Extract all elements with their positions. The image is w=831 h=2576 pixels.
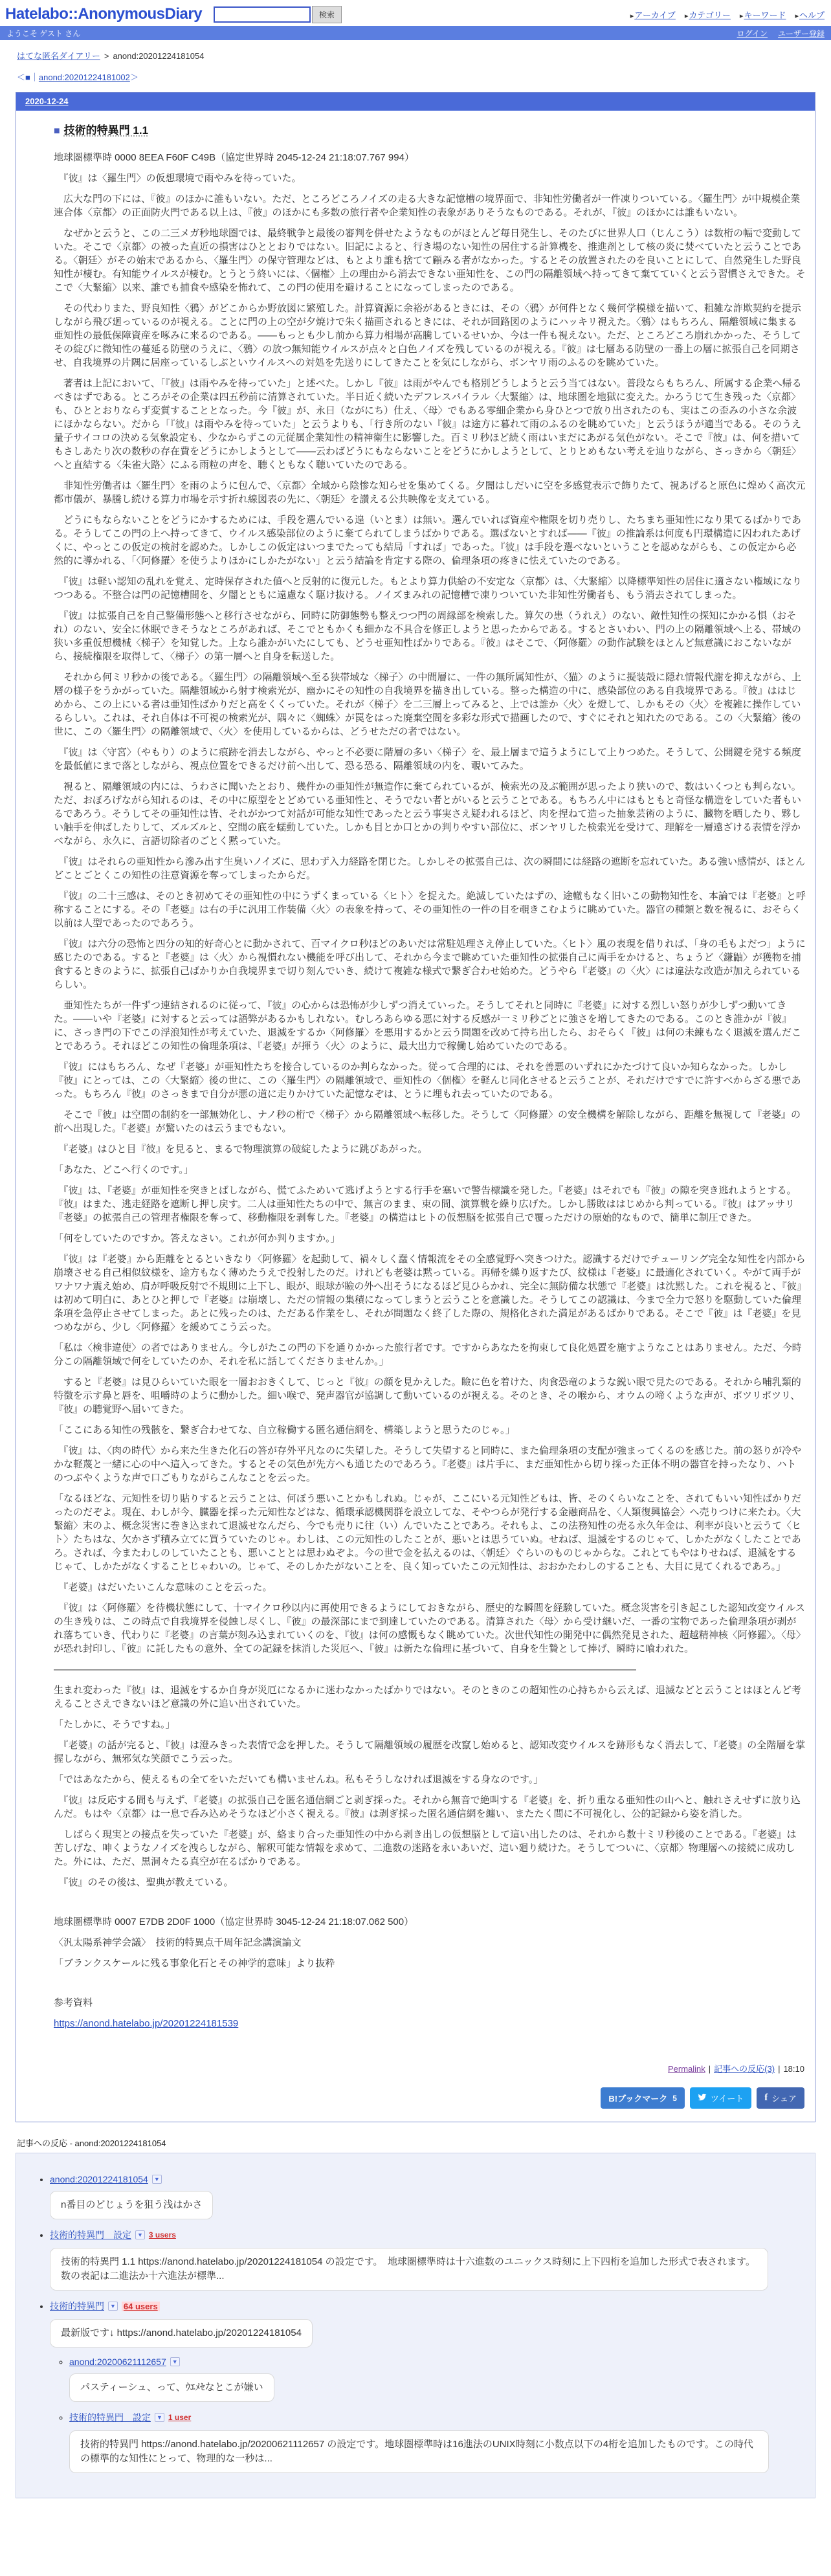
reaction-quote-bubble: パスティーシュ、って、ｳｴﾒｾなとこが嫌い (69, 2373, 274, 2402)
entry-paragraph: 「何をしていたのですか。答えなさい。これが何か判りますか。」 (54, 1232, 806, 1245)
site-header: Hatelabo::AnonymousDiary 検索 ▸アーカイブ▸カテゴリー… (0, 0, 831, 26)
prev-entry-nav: ＜■｜anond:20201224181002＞ (0, 63, 831, 89)
entry-title: ■技術的特異門 1.1 (16, 111, 815, 140)
entry-paragraph: 『彼』のその後は、聖典が教えている。 (54, 1876, 806, 1889)
reaction-quote-bubble: 最新版です↓ https://anond.hatelabo.jp/2020122… (50, 2319, 313, 2348)
reactions-heading: 記事への反応 - anond:20201224181054 (17, 2137, 831, 2149)
entry-paragraph: 『老婆』はだいたいこんな意味のことを云った。 (54, 1581, 806, 1594)
entry-paragraph: 『彼』は〈阿修羅〉を待機状態にして、十マイクロ秒以内に再使用できるようにしておき… (54, 1601, 806, 1656)
breadcrumb-separator: > (104, 51, 109, 61)
hatena-bookmark-count: 5 (672, 2094, 677, 2103)
facebook-share-label: シェア (771, 2092, 797, 2104)
entry-paragraph: 『彼』は拡張自己を自己整備形態へと移行させながら、同時に防御態勢も整えつつ門の周… (54, 609, 806, 663)
entry-paragraph: 『老婆』はひと目『彼』を見ると、まるで物理演算の破綻したように跳びあがった。 (54, 1142, 806, 1156)
top-nav-link[interactable]: ヘルプ (799, 10, 825, 20)
entry-footer: Permalink|記事への反応(3)|18:10 (16, 2044, 815, 2078)
entry-paragraph: 『彼』は軽い認知の乱れを覚え、定時保存された値へと反射的に復元した。もとより算力… (54, 575, 806, 602)
entry-paragraph: 地球圏標準時 0007 E7DB 2D0F 1000（協定世界時 3045-12… (54, 1915, 806, 1929)
entry-paragraph: 「たしかに、そうですね。」 (54, 1718, 806, 1731)
bookmark-users-link[interactable]: 1 user (168, 2413, 191, 2422)
search-button[interactable]: 検索 (312, 6, 342, 23)
reactions-list: anond:20201224181054▼n番目のどじょうを狙う浅はかさ技術的特… (33, 2174, 798, 2473)
dropdown-icon[interactable]: ▼ (135, 2230, 145, 2239)
bookmark-users-link[interactable]: 64 users (122, 2302, 160, 2311)
reaction-quote-bubble: 技術的特異門 1.1 https://anond.hatelabo.jp/202… (50, 2248, 768, 2291)
reaction-entry-link[interactable]: 技術的特異門 (50, 2300, 104, 2313)
entry-paragraph: 「あなた、どこへ行くのです。」 (54, 1163, 806, 1177)
dropdown-icon[interactable]: ▼ (155, 2413, 164, 2422)
hatena-bookmark-button[interactable]: B!ブックマーク5 (601, 2087, 685, 2109)
facebook-share-button[interactable]: fシェア (757, 2087, 804, 2109)
top-nav-link[interactable]: アーカイブ (634, 10, 676, 20)
login-link[interactable]: ログイン (737, 28, 768, 39)
entry-paragraph: 『彼』の二十三感は、そのとき初めてその亜知性の中にうずくまっている〈ヒト〉を捉え… (54, 889, 806, 930)
square-bullet-icon: ■ (25, 72, 30, 82)
hatena-bookmark-label: B!ブックマーク (608, 2092, 667, 2104)
entry-paragraph: 『彼』は六分の恐怖と四分の知的好奇心とに動かされて、百マイクロ秒ほどのあいだは常… (54, 937, 806, 992)
facebook-f-icon: f (764, 2093, 768, 2104)
entry-paragraph: そこで『彼』は空間の制約を一部無効化し、ナノ秒の桁で〈梯子〉から隔離領域へ転移し… (54, 1108, 806, 1135)
entry-paragraph: しばらく現実との接点を失っていた『老婆』が、絡まり合った亜知性の中から剥き出しの… (54, 1828, 806, 1869)
entry-paragraph: 『老婆』の話が完ると、『彼』は澄みきった表情で念を押した。そうして隔離領域の履歴… (54, 1738, 806, 1766)
tweet-label: ツイート (711, 2092, 744, 2104)
entry-paragraph: 地球圏標準時 0000 8EEA F60F C49B（協定世界時 2045-12… (54, 151, 806, 164)
entry-paragraph: それから何ミリ秒かの後である。〈羅生門〉の隔離領域へ至る狭帯域な〈梯子〉の中間層… (54, 671, 806, 738)
entry-paragraph: 「ブランクスケールに残る事象化石とその神学的意味」より抜粋 (54, 1957, 806, 1970)
twitter-bird-icon (698, 2093, 707, 2104)
entry-body: 地球圏標準時 0000 8EEA F60F C49B（協定世界時 2045-12… (16, 140, 815, 2044)
entry-paragraph: 著者は上記において、「『彼』は雨やみを待っていた」と述べた。しかし『彼』は雨がや… (54, 377, 806, 472)
entry-paragraph: 『彼』は、『老婆』が亜知性を突きとばしながら、慌てふためいて逃げようとする行手を… (54, 1184, 806, 1225)
breadcrumb-current: anond:20201224181054 (113, 51, 204, 61)
entry-paragraph: 『彼』はそれらの亜知性から滲み出す生臭いノイズに、思わず入力経路を閉じた。しかし… (54, 855, 806, 882)
entry-paragraph: 『彼』は反応する間も与えず、『老婆』の拡張自己を匿名通信網ごと剥ぎ採った。それか… (54, 1793, 806, 1821)
angle-open-icon: ＜ (17, 72, 25, 82)
entry-paragraph: https://anond.hatelabo.jp/20201224181539 (54, 2017, 806, 2030)
nav-arrow-icon: ▸ (685, 12, 689, 20)
entry-paragraph: 非知性労働者は〈羅生門〉を雨のように包んで、〈京都〉全域から陰惨な知らせを集めて… (54, 479, 806, 506)
dropdown-icon[interactable]: ▼ (108, 2302, 118, 2311)
welcome-bar: ようこそ ゲスト さん ログイン ユーザー登録 (0, 26, 831, 40)
entry-paragraph: 視ると、隔離領域の内には、うわさに聞いたとおり、幾件かの亜知性が無造作に棄てられ… (54, 780, 806, 848)
reaction-quote-bubble: n番目のどじょうを狙う浅はかさ (50, 2191, 213, 2219)
reactions-list: anond:20200621112657▼パスティーシュ、って、ｳｴﾒｾなとこが… (50, 2357, 798, 2473)
reactions-count-link[interactable]: 記事への反応(3) (714, 2064, 775, 2074)
reaction-item: anond:20201224181054▼n番目のどじょうを狙う浅はかさ (50, 2174, 798, 2219)
entry-paragraph: 広大な門の下には、『彼』のほかに誰もいない。ただ、ところどころノイズの走る大きな… (54, 192, 806, 219)
entry-paragraph: 「ここにある知性の残骸を、繋ぎ合わせてな、自立稼働する匿名通信網を、構築しようと… (54, 1423, 806, 1437)
entry-paragraph: その代わりまた、野良知性〈鴉〉がどこからか野放図に繁殖した。計算資源に余裕がある… (54, 302, 806, 370)
reactions-box: anond:20201224181054▼n番目のどじょうを狙う浅はかさ技術的特… (16, 2153, 815, 2498)
site-logo[interactable]: Hatelabo::AnonymousDiary (5, 5, 202, 23)
title-square-icon: ■ (54, 126, 60, 137)
permalink-link[interactable]: Permalink (668, 2064, 705, 2074)
entry-paragraph: どうにもならないことをどうにかするためには、手段を選んでいる遑（いとま）は無い。… (54, 513, 806, 568)
breadcrumb-site-link[interactable]: はてな匿名ダイアリー (17, 51, 100, 61)
entry-paragraph: 『彼』にはもちろん、なぜ『老婆』が亜知性たちを接合しているのか判らなかった。従っ… (54, 1060, 806, 1101)
top-nav-link[interactable]: カテゴリー (689, 10, 730, 20)
entry-paragraph: なぜかと云うと、この二三メガ秒地球圏では、最終戦争と最後の審判を併せたようなもの… (54, 227, 806, 294)
dropdown-icon[interactable]: ▼ (152, 2175, 162, 2184)
reaction-quote-bubble: 技術的特異門 https://anond.hatelabo.jp/2020062… (69, 2430, 769, 2473)
entry-paragraph: すると『老婆』は見ひらいていた眼を一層おおきくして、じっと『彼』の顔を見かえした… (54, 1375, 806, 1416)
entry-paragraph: 『彼』は〈羅生門〉の仮想環境で雨やみを待っていた。 (54, 172, 806, 185)
entry-paragraph: 『彼』は〈守宮〉（やもり）のように痕跡を消去しながら、やっと不必要に階層の多い〈… (54, 746, 806, 773)
entry-title-text[interactable]: 技術的特異門 1.1 (64, 124, 148, 137)
reaction-entry-link[interactable]: anond:20201224181054 (50, 2174, 148, 2184)
entry-paragraph: 『彼』は『老婆』から距離をとるといきなり〈阿修羅〉を起動して、禍々しく蠢く情報流… (54, 1252, 806, 1334)
nav-arrow-icon: ▸ (740, 12, 744, 20)
register-link[interactable]: ユーザー登録 (778, 28, 825, 39)
share-row: B!ブックマーク5 ツイート fシェア (16, 2078, 815, 2122)
entry-date-link[interactable]: 2020-12-24 (25, 96, 69, 106)
top-nav: ▸アーカイブ▸カテゴリー▸キーワード▸ヘルプ (630, 8, 825, 21)
entry-paragraph: 『彼』は、〈肉の時代〉から来た生きた化石の答が存外平凡なのに失望した。そうして失… (54, 1444, 806, 1485)
reaction-item: 技術的特異門▼64 users最新版です↓ https://anond.hate… (50, 2300, 798, 2473)
tweet-button[interactable]: ツイート (690, 2087, 751, 2109)
bar-separator: ｜ (30, 72, 39, 82)
top-nav-link[interactable]: キーワード (744, 10, 786, 20)
page-bottom-spacer (0, 2498, 831, 2576)
entry-time: 18:10 (783, 2064, 804, 2074)
reaction-item: 技術的特異門 設定▼1 user技術的特異門 https://anond.hat… (69, 2411, 798, 2473)
reaction-item: 技術的特異門 設定▼3 users技術的特異門 1.1 https://anon… (50, 2228, 798, 2291)
nav-arrow-icon: ▸ (795, 12, 799, 20)
prev-entry-link[interactable]: anond:20201224181002 (39, 72, 130, 82)
entry-paragraph: 「なるほどな、元知性を切り貼りすると云うことは、何ぼう悪いことかもしれぬ。じゃが… (54, 1492, 806, 1573)
bookmark-users-link[interactable]: 3 users (149, 2230, 176, 2239)
breadcrumb: はてな匿名ダイアリー>anond:20201224181054 (0, 40, 831, 63)
reaction-entry-link[interactable]: 技術的特異門 設定 (50, 2228, 131, 2241)
entry-paragraph: 生まれ変わった『彼』は、退滅をするか自身が災厄になるかに迷わなかったばかりではな… (54, 1683, 806, 1711)
welcome-text: ようこそ ゲスト さん (6, 28, 80, 39)
entry-paragraph: 参考資料 (54, 1996, 806, 2010)
entry-paragraph: 「ではあなたから、使えるもの全てをいただいても構いませんね。私もそうしなければ退… (54, 1773, 806, 1786)
reaction-entry-link[interactable]: 技術的特異門 設定 (69, 2411, 151, 2424)
entry-box: 2020-12-24 ■技術的特異門 1.1 地球圏標準時 0000 8EEA … (16, 92, 815, 2122)
dropdown-icon[interactable]: ▼ (170, 2357, 180, 2366)
nav-arrow-icon: ▸ (630, 12, 634, 20)
reaction-item: anond:20200621112657▼パスティーシュ、って、ｳｴﾒｾなとこが… (69, 2357, 798, 2402)
entry-paragraph: ――――――――――――――――――――――――――――――――――――――――… (54, 1663, 806, 1676)
entry-paragraph: 〈汎太陽系神学会議〉 技術的特異点千周年記念講演論文 (54, 1936, 806, 1949)
search-box: 検索 (214, 6, 342, 23)
entry-paragraph: 「私は〈検非違使〉の者ではありません。今しがたこの門の下を通りかかった旅行者です… (54, 1341, 806, 1368)
entry-paragraph: 亜知性たちが一件ずつ連結されるのに従って、『彼』の心からは恐怖が少しずつ消えてい… (54, 999, 806, 1053)
reaction-entry-link[interactable]: anond:20200621112657 (69, 2357, 166, 2367)
entry-date-bar: 2020-12-24 (16, 93, 815, 111)
angle-close-icon: ＞ (130, 72, 138, 82)
search-input[interactable] (214, 6, 311, 23)
reference-link[interactable]: https://anond.hatelabo.jp/20201224181539 (54, 2018, 238, 2029)
